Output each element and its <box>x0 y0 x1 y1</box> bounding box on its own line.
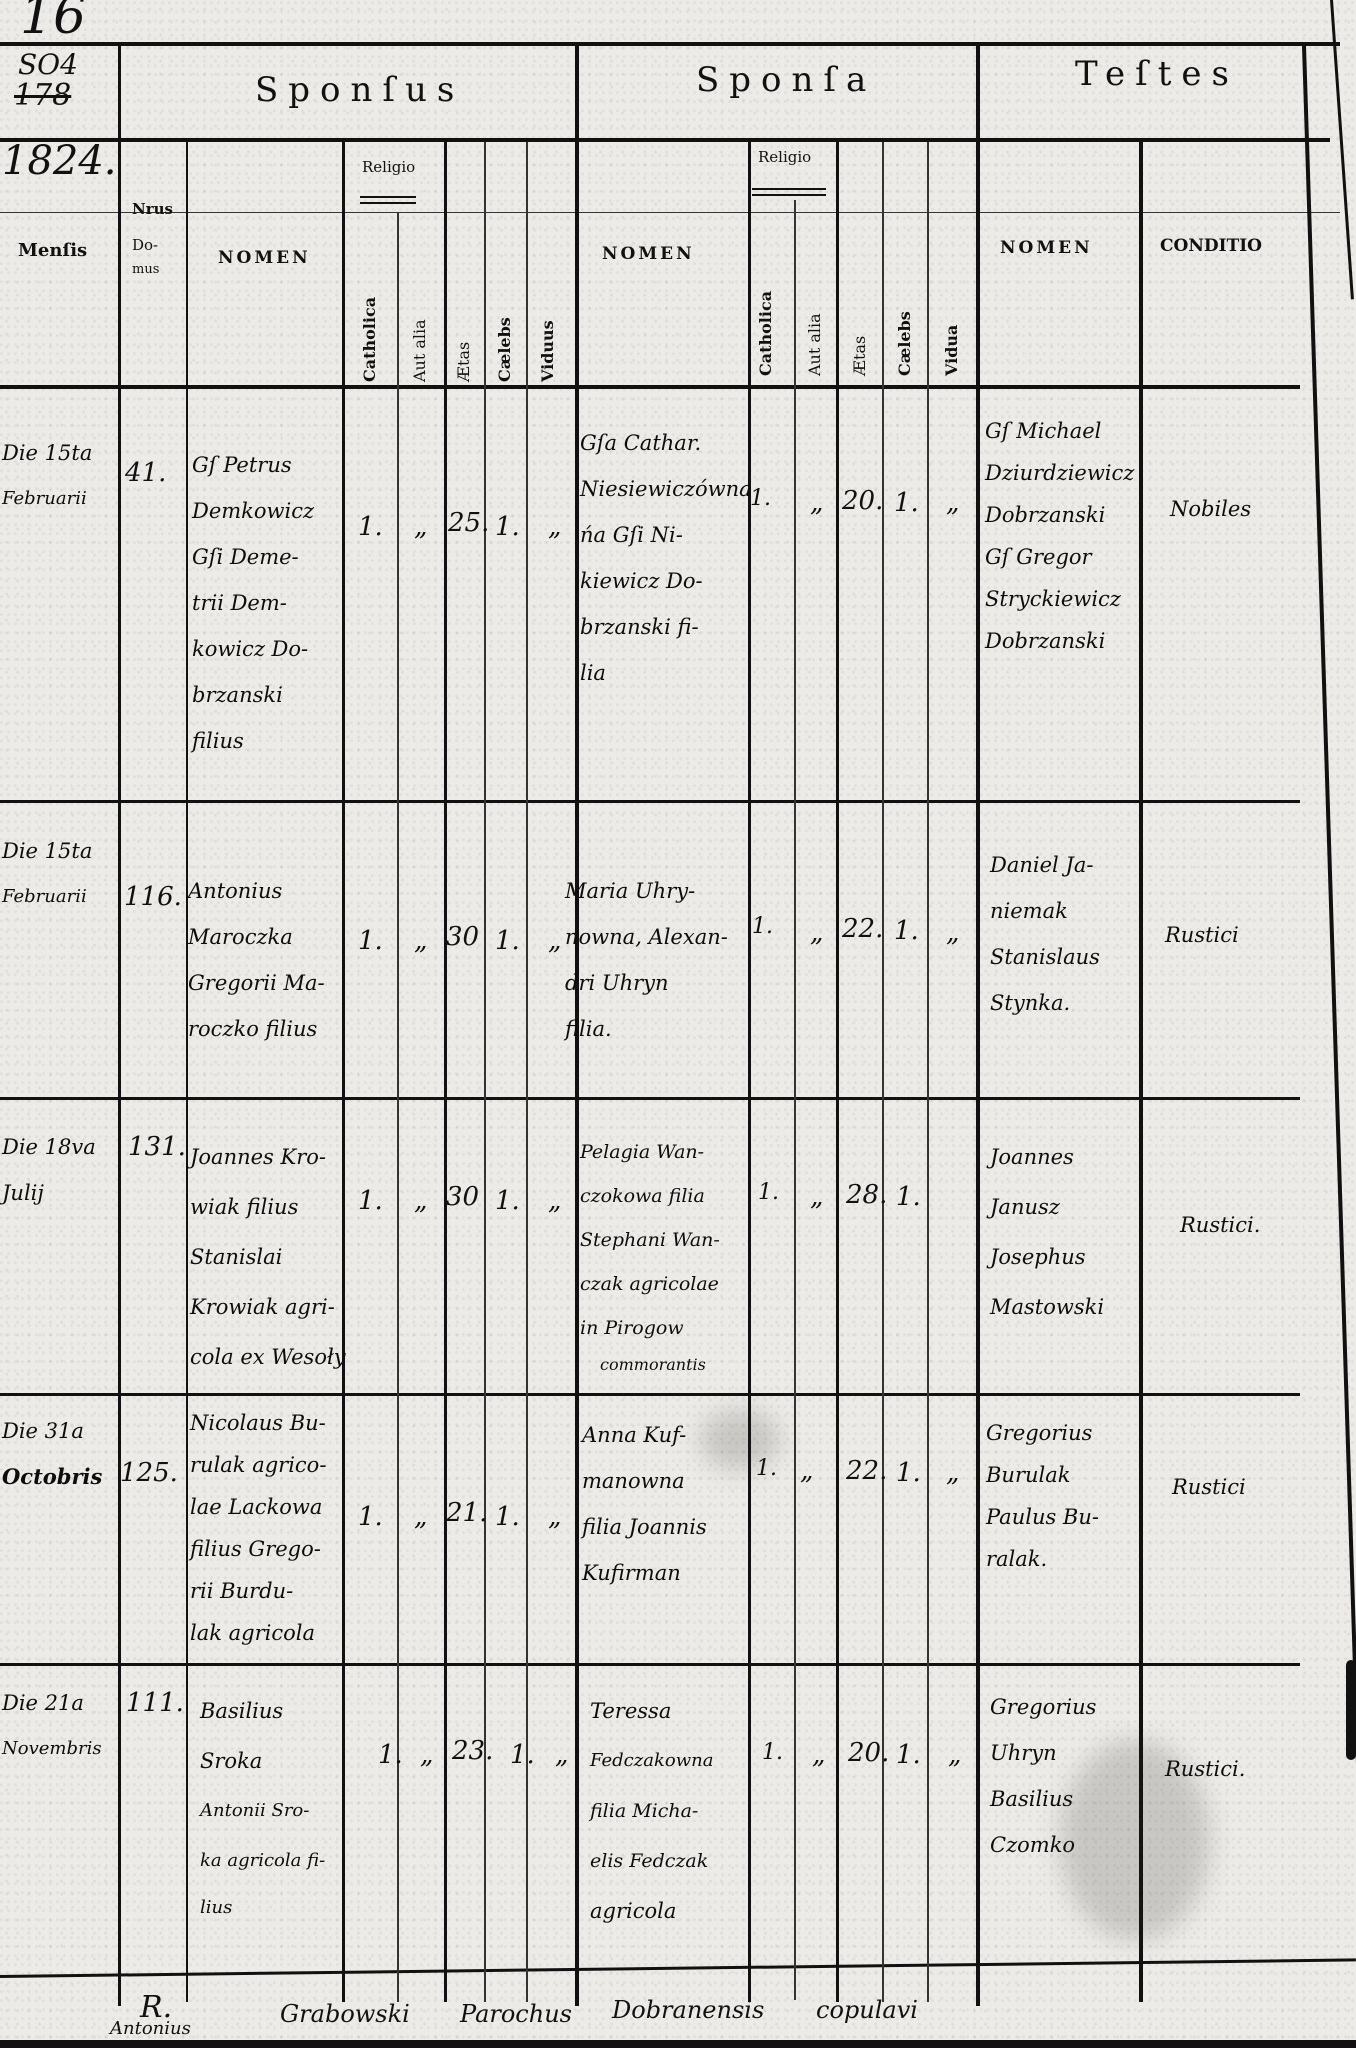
condition: Rustici. <box>1180 1202 1260 1248</box>
religio-underline-m <box>360 196 416 198</box>
house-number: 125. <box>120 1458 178 1488</box>
condition: Nobiles <box>1170 486 1251 532</box>
groom-name: BasiliusSrokaAntonii Sro-ka agricola fi-… <box>200 1686 325 1930</box>
date-cell: Die 31aOctobris <box>2 1408 102 1500</box>
condition: Rustici <box>1172 1464 1246 1510</box>
bride-name: Gſa Cathar.Niesiewiczównańa Gſi Ni-kiewi… <box>580 420 752 696</box>
bride-caelebs: 1. <box>896 1182 921 1212</box>
col-header-nrus: Nrus <box>132 200 173 218</box>
bride-catholica: 1. <box>752 914 773 939</box>
witnesses: JoannesJanuszJosephusMastowski <box>990 1132 1104 1332</box>
page-bottom-edge <box>0 2040 1356 2048</box>
year-label: 1824. <box>2 138 117 184</box>
bride-aut-alia: „ <box>812 1740 825 1770</box>
col-header-religio-m: Religio <box>362 158 415 176</box>
col-header-vidua: Vidua <box>942 325 961 376</box>
bride-vidua: „ <box>946 488 959 518</box>
house-number: 131. <box>128 1132 186 1162</box>
bride-name: Anna Kuf-manownafilia JoannisKufirman <box>582 1412 707 1596</box>
witnesses: Daniel Ja-niemakStanislausStynka. <box>990 842 1100 1026</box>
groom-aetas: 25. <box>448 508 489 538</box>
bride-aetas: 28. <box>846 1180 887 1210</box>
col-rule-aut-m <box>444 142 447 2002</box>
date-cell: Die 15taFebruarii <box>2 828 92 920</box>
col-rule-caelebs <box>526 142 528 2002</box>
group-header-sponsus: Sponſus <box>255 70 464 110</box>
date-cell: Die 21aNovembris <box>2 1680 102 1772</box>
rule-row-5 <box>0 1958 1356 1978</box>
col-header-religio-f: Religio <box>758 148 811 166</box>
folio-number: SO4 <box>18 48 78 81</box>
groom-viduus: „ <box>548 512 561 542</box>
col-rule-caelebs-f <box>927 142 929 2002</box>
groom-caelebs: 1. <box>495 1502 520 1532</box>
group-header-sponsa: Sponſa <box>696 60 876 100</box>
bride-aetas: 22. <box>846 1456 887 1486</box>
house-number: 41. <box>125 458 166 488</box>
col-header-sponsa-nomen: NOMEN <box>602 244 695 264</box>
col-header-aetas-f: Ætas <box>850 336 869 376</box>
groom-catholica: 1. <box>358 512 383 542</box>
groom-name: Gſ PetrusDemkowiczGſi Deme-trii Dem-kowi… <box>192 442 314 764</box>
bride-vidua: „ <box>946 1458 959 1488</box>
footer-word: copulavi <box>816 1996 918 2024</box>
col-header-conditio: CONDITIO <box>1160 236 1262 256</box>
groom-name: AntoniusMaroczkaGregorii Ma-roczko filiu… <box>188 868 325 1052</box>
bride-aut-alia: „ <box>800 1456 813 1486</box>
groom-name: Nicolaus Bu-rulak agrico-lae Lackowafili… <box>190 1402 326 1654</box>
rule-top <box>0 42 1340 46</box>
col-rule-cath-m <box>397 212 399 2002</box>
groom-aetas: 30 <box>446 1182 479 1212</box>
bride-name: Pelagia Wan-czokowa filiaStephani Wan-cz… <box>580 1130 720 1380</box>
groom-catholica: 1. <box>358 1186 383 1216</box>
groom-aut-alia: „ <box>420 1740 433 1770</box>
groom-catholica: 1. <box>358 1502 383 1532</box>
col-rule-cath-f <box>794 200 796 2000</box>
house-number: 116. <box>124 882 182 912</box>
ink-smudge <box>700 1410 780 1470</box>
col-rule-testes-nomen <box>1139 142 1143 2002</box>
religio-underline-f2 <box>752 194 826 196</box>
register-page: 16 SO4 178 1824. Sponſus Sponſa Teſtes M… <box>0 0 1356 2048</box>
rule-group-header <box>0 138 1330 142</box>
footer-word: Dobranensis <box>612 1996 764 2024</box>
groom-caelebs: 1. <box>495 926 520 956</box>
col-header-caelebs: Cælebs <box>495 317 514 382</box>
bride-caelebs: 1. <box>896 1740 921 1770</box>
bride-catholica: 1. <box>762 1740 783 1765</box>
col-header-sponsus-nomen: NOMEN <box>218 248 311 268</box>
bride-catholica: 1. <box>750 486 771 511</box>
groom-aetas: 30 <box>446 922 479 952</box>
bride-caelebs: 1. <box>896 1458 921 1488</box>
date-cell: Die 18vaJulij <box>2 1124 96 1216</box>
groom-caelebs: 1. <box>495 1186 520 1216</box>
rule-header-bottom <box>0 385 1300 389</box>
col-header-aetas-m: Ætas <box>454 342 473 382</box>
groom-catholica: 1. <box>358 926 383 956</box>
groom-aut-alia: „ <box>414 926 427 956</box>
groom-catholica: 1. <box>378 1740 403 1770</box>
religio-underline-m2 <box>360 202 416 204</box>
page-binding-edge <box>1330 0 1354 299</box>
col-header-testes-nomen: NOMEN <box>1000 238 1093 258</box>
footer-word: Parochus <box>460 2000 572 2028</box>
bride-aut-alia: „ <box>810 1182 823 1212</box>
religio-underline-f <box>752 188 826 190</box>
groom-viduus: „ <box>548 926 561 956</box>
col-rule-sponsa-end <box>976 46 980 2006</box>
footer-word: Antonius <box>110 2018 191 2039</box>
col-header-caelebs-f: Cælebs <box>895 311 914 376</box>
col-rule-aetas-f <box>882 142 884 2002</box>
bride-aut-alia: „ <box>810 488 823 518</box>
col-header-domus-a: Do- <box>132 236 158 254</box>
rule-row-1 <box>0 800 1300 803</box>
col-header-domus-b: mus <box>132 262 159 277</box>
bride-vidua: „ <box>946 918 959 948</box>
groom-aetas: 21. <box>446 1498 487 1528</box>
groom-viduus: „ <box>548 1186 561 1216</box>
condition: Rustici <box>1165 912 1239 958</box>
col-rule-aut-f <box>836 142 839 2002</box>
folio-number-struck: 178 <box>14 78 71 113</box>
witnesses: Gſ MichaelDziurdziewiczDobrzanskiGſ Greg… <box>985 410 1134 662</box>
groom-aetas: 23. <box>452 1736 493 1766</box>
corner-mark: 16 <box>20 0 86 46</box>
date-cell: Die 15taFebruarii <box>2 430 92 522</box>
col-header-catholica-f: Catholica <box>756 291 775 376</box>
page-edge-mark <box>1346 1660 1356 1760</box>
bride-catholica: 1. <box>758 1180 779 1205</box>
col-rule-nrus <box>186 142 188 2002</box>
col-header-catholica-m: Catholica <box>360 297 379 382</box>
bride-aetas: 20. <box>848 1738 889 1768</box>
col-rule-aetas-m <box>484 142 486 2002</box>
col-rule-mensis <box>118 46 121 2006</box>
ink-smudge <box>1060 1740 1210 1940</box>
col-rule-nomen-m <box>342 142 345 2002</box>
col-header-mensis: Menſis <box>18 240 87 261</box>
house-number: 111. <box>126 1688 184 1718</box>
bride-vidua: „ <box>948 1740 961 1770</box>
rule-row-3 <box>0 1393 1300 1396</box>
groom-aut-alia: „ <box>414 1186 427 1216</box>
col-header-aut-alia-m: Aut alia <box>410 319 429 382</box>
groom-viduus: „ <box>555 1740 568 1770</box>
bride-aetas: 22. <box>842 914 883 944</box>
bride-caelebs: 1. <box>894 488 919 518</box>
rule-row-4 <box>0 1663 1300 1666</box>
bride-aut-alia: „ <box>810 918 823 948</box>
rule-row-2 <box>0 1097 1300 1100</box>
col-header-aut-alia-f: Aut alia <box>805 313 824 376</box>
groom-aut-alia: „ <box>414 1502 427 1532</box>
footer-word: Grabowski <box>280 2000 410 2028</box>
bride-name: Maria Uhry-nowna, Alexan-dri Uhrynfilia. <box>565 868 728 1052</box>
group-header-testes: Teſtes <box>1075 54 1239 94</box>
bride-aetas: 20. <box>842 486 883 516</box>
groom-name: Joannes Kro-wiak filiusStanislaiKrowiak … <box>190 1132 346 1382</box>
witnesses: GregoriusBurulakPaulus Bu-ralak. <box>986 1412 1099 1580</box>
bride-caelebs: 1. <box>894 916 919 946</box>
col-header-viduus: Viduus <box>538 320 557 382</box>
groom-aut-alia: „ <box>414 512 427 542</box>
groom-caelebs: 1. <box>510 1740 535 1770</box>
groom-caelebs: 1. <box>495 512 520 542</box>
groom-viduus: „ <box>548 1502 561 1532</box>
bride-name: TeressaFedczakownafilia Micha-elis Fedcz… <box>590 1686 713 1936</box>
